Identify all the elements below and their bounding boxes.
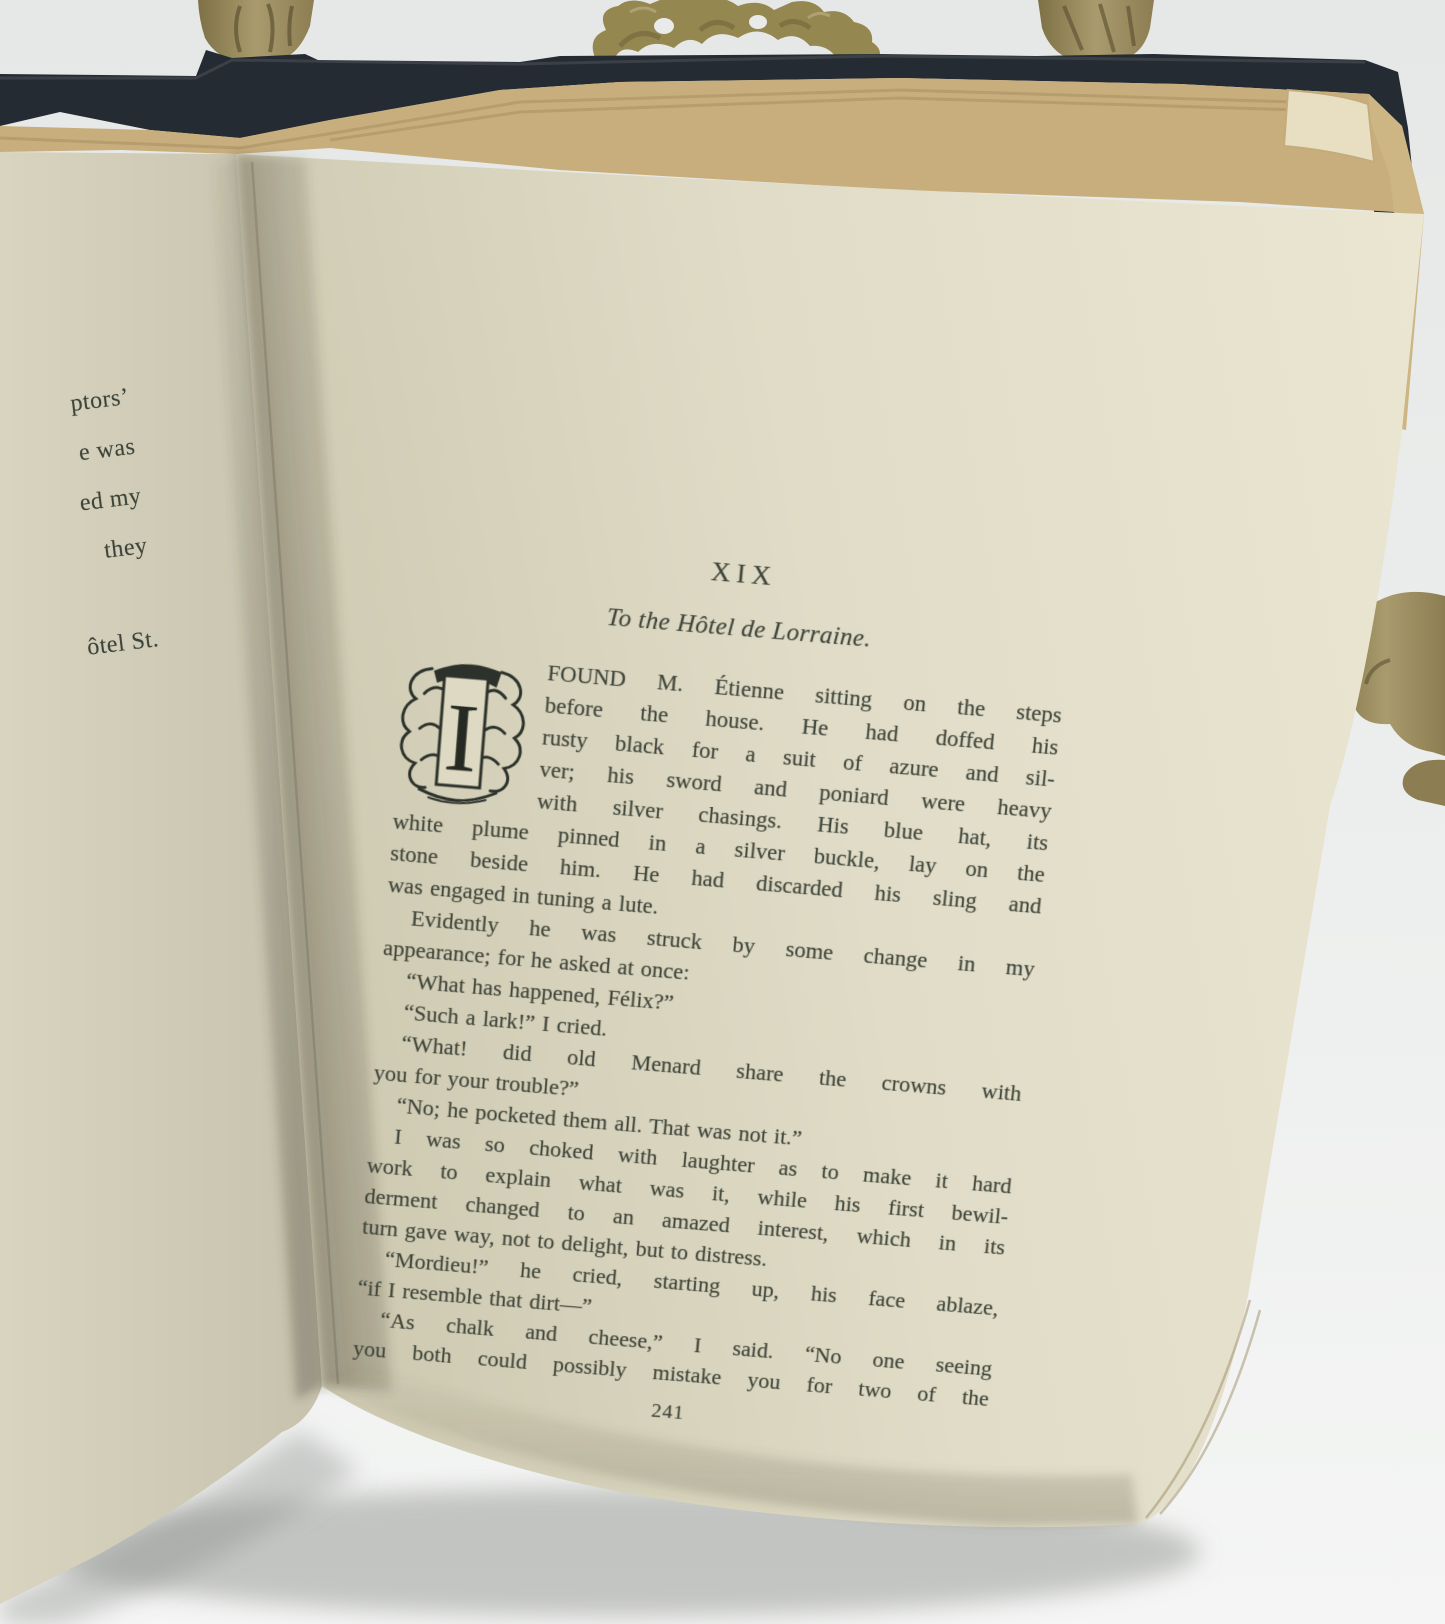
body-text: I FOUND M. Étienne sitting on the stepsb… [352,645,1063,1414]
photo-of-open-book: ptors’e wased mytheyôtel St. XIX To the … [0,0,1445,1624]
paragraph: I FOUND M. Étienne sitting on the stepsb… [387,645,1064,954]
drop-cap-ornament: I [388,648,536,811]
right-page-text: XIX To the Hôtel de Lorraine. I FOUND M.… [349,531,1075,1448]
